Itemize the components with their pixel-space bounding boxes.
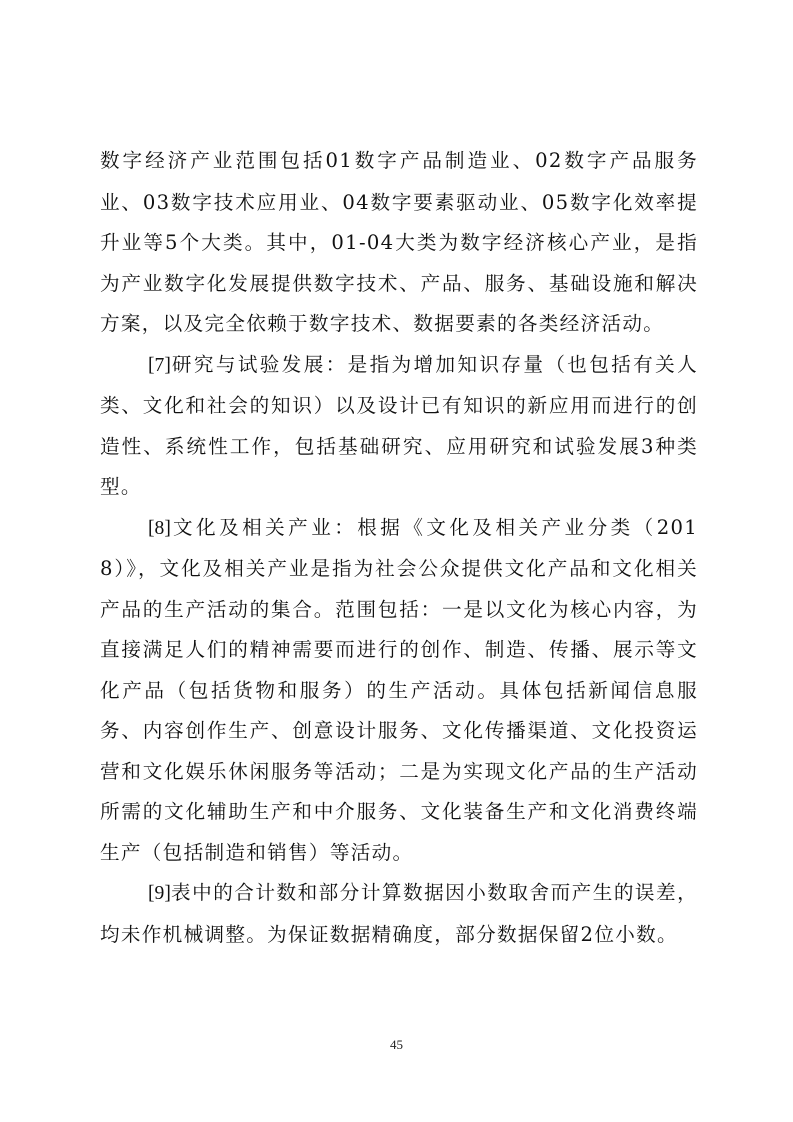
footnote-text: 表中的合计数和部分计算数据因小数取舍而产生的误差，均未作机械调整。为保证数据精确…	[100, 881, 698, 946]
footnote-7: [7]研究与试验发展：是指为增加知识存量（也包括有关人类、文化和社会的知识）以及…	[100, 345, 698, 508]
footnote-mark: [9]	[148, 883, 171, 904]
footnote-text: 文化及相关产业：根据《文化及相关产业分类（2018）》，文化及相关产业是指为社会…	[100, 516, 698, 864]
paragraph-digital-economy-scope: 数字经济产业范围包括01数字产品制造业、02数字产品服务业、03数字技术应用业、…	[100, 141, 698, 345]
paragraph-text: 数字经济产业范围包括01数字产品制造业、02数字产品服务业、03数字技术应用业、…	[100, 149, 698, 335]
page-number: 45	[0, 1037, 793, 1053]
document-body: 数字经济产业范围包括01数字产品制造业、02数字产品服务业、03数字技术应用业、…	[100, 141, 698, 955]
footnote-mark: [8]	[148, 518, 171, 539]
footnote-mark: [7]	[148, 355, 171, 376]
footnote-8: [8]文化及相关产业：根据《文化及相关产业分类（2018）》，文化及相关产业是指…	[100, 508, 698, 874]
footnote-9: [9]表中的合计数和部分计算数据因小数取舍而产生的误差，均未作机械调整。为保证数…	[100, 873, 698, 955]
footnote-text: 研究与试验发展：是指为增加知识存量（也包括有关人类、文化和社会的知识）以及设计已…	[100, 353, 698, 499]
